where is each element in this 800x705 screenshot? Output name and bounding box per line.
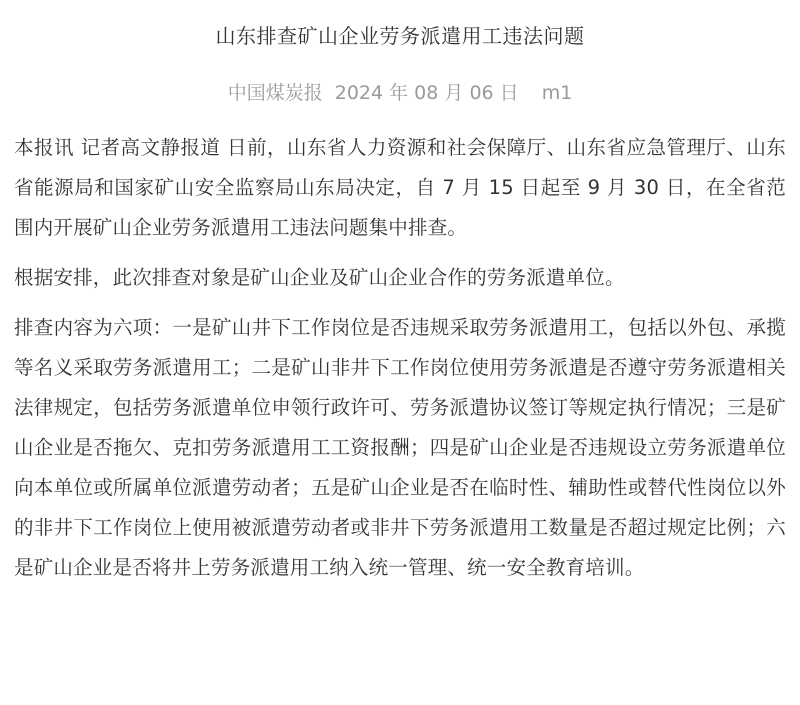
page-number: m1 <box>542 82 573 104</box>
article-meta: 中国煤炭报 2024 年 08 月 06 日 m1 <box>0 78 800 105</box>
paragraph: 根据安排，此次排查对象是矿山企业及矿山企业合作的劳务派遣单位。 <box>14 258 786 298</box>
source-name: 中国煤炭报 <box>228 82 323 104</box>
paragraph: 排查内容为六项：一是矿山井下工作岗位是否违规采取劳务派遣用工，包括以外包、承揽等… <box>14 308 786 588</box>
paragraph: 本报讯 记者高文静报道 日前，山东省人力资源和社会保障厅、山东省应急管理厅、山东… <box>14 128 786 248</box>
publish-date: 2024 年 08 月 06 日 <box>335 82 519 104</box>
article-title: 山东排查矿山企业劳务派遣用工违法问题 <box>0 20 800 49</box>
article-body: 本报讯 记者高文静报道 日前，山东省人力资源和社会保障厅、山东省应急管理厅、山东… <box>14 128 786 598</box>
